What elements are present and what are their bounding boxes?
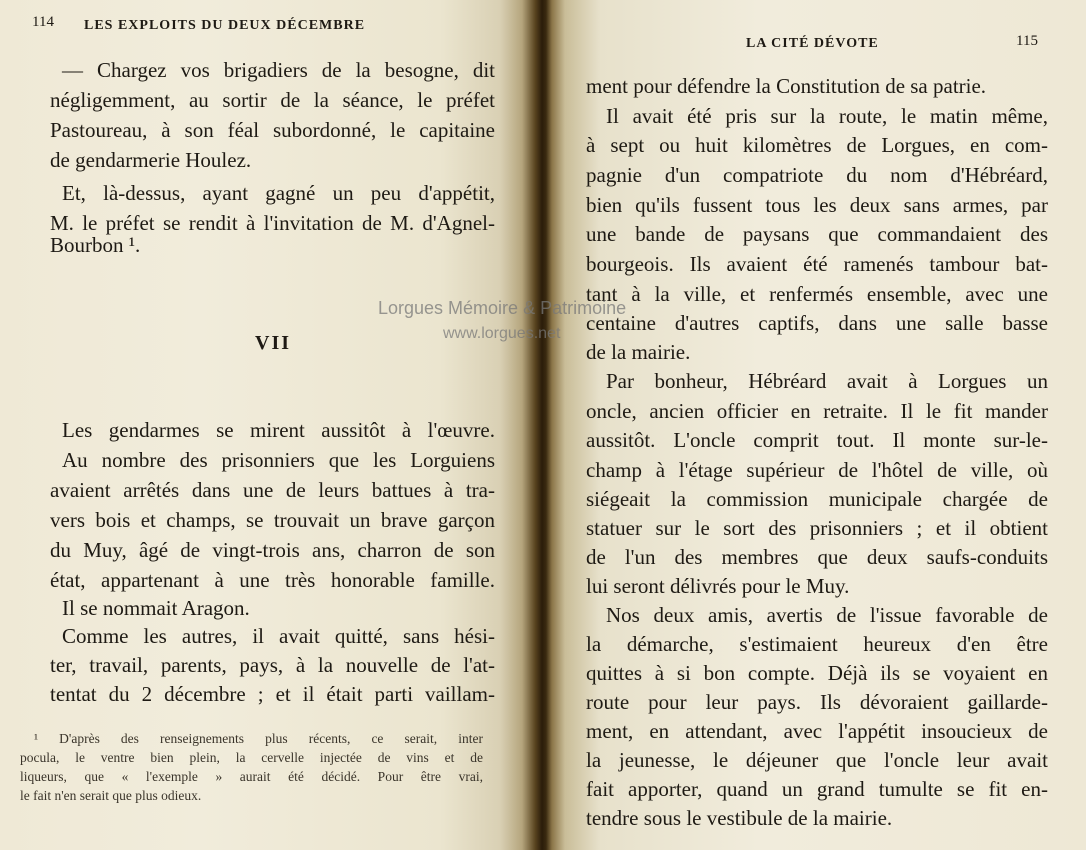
book-spread: 114 LES EXPLOITS DU DEUX DÉCEMBRE — Char… — [0, 0, 1086, 850]
text-line: tendre sous le vestibule de la mairie. — [586, 808, 1048, 829]
text-line: avaient arrêtés dans une de leurs battue… — [50, 480, 495, 501]
running-head-right: LA CITÉ DÉVOTE — [746, 36, 879, 52]
footnote-line: liqueurs, que « l'exemple » aurait été d… — [20, 769, 483, 785]
text-line: lui seront délivrés pour le Muy. — [586, 576, 1048, 597]
text-line: ment pour défendre la Constitution de sa… — [586, 76, 1048, 97]
text-line: vers bois et champs, se trouvait un brav… — [50, 510, 495, 531]
text-line: Il avait été pris sur la route, le matin… — [606, 106, 1048, 127]
text-line: Il se nommait Aragon. — [62, 598, 495, 619]
text-line: bourgeois. Ils avaient été ramenés tambo… — [586, 254, 1048, 275]
text-line: tant à la ville, et renfermés ensemble, … — [586, 284, 1048, 305]
text-line: quittes à si bon compte. Déjà ils se voy… — [586, 663, 1048, 684]
text-line: tentat du 2 décembre ; et il était parti… — [50, 684, 495, 705]
watermark-url: www.lorgues.net — [443, 325, 560, 343]
text-line: M. le préfet se rendit à l'invitation de… — [50, 213, 495, 234]
text-line: oncle, ancien officier en retraite. Il l… — [586, 401, 1048, 422]
text-line: Comme les autres, il avait quitté, sans … — [62, 626, 495, 647]
text-line: de la mairie. — [586, 342, 1048, 363]
text-line: siégeait la commission municipale chargé… — [586, 489, 1048, 510]
text-line: Au nombre des prisonniers que les Lorgui… — [62, 450, 495, 471]
right-page: LA CITÉ DÉVOTE 115 ment pour défendre la… — [546, 0, 1086, 850]
text-line: champ à l'étage supérieur de l'hôtel de … — [586, 460, 1048, 481]
text-line: Bourbon ¹. — [50, 235, 495, 256]
text-line: Pastoureau, à son féal subordonné, le ca… — [50, 120, 495, 141]
text-line: une bande de paysans que commandaient de… — [586, 224, 1048, 245]
text-line: du Muy, âgé de vingt-trois ans, charron … — [50, 540, 495, 561]
page-number-left: 114 — [32, 14, 54, 31]
text-line: de gendarmerie Houlez. — [50, 150, 495, 171]
page-number-right: 115 — [1016, 33, 1038, 50]
text-line: ter, travail, parents, pays, à la nouvel… — [50, 655, 495, 676]
text-line: statuer sur le sort des prisonniers ; et… — [586, 518, 1048, 539]
text-line: la démarche, s'estimaient heureux d'en ê… — [586, 634, 1048, 655]
left-page: 114 LES EXPLOITS DU DEUX DÉCEMBRE — Char… — [0, 0, 540, 850]
text-line: route pour leur pays. Ils dévoraient gai… — [586, 692, 1048, 713]
text-line: de l'un des membres que deux saufs-condu… — [586, 547, 1048, 568]
footnote-line: ¹ D'après des renseignements plus récent… — [34, 731, 483, 747]
text-line: aussitôt. L'oncle comprit tout. Il monte… — [586, 430, 1048, 451]
footnote-line: le fait n'en serait que plus odieux. — [20, 788, 483, 804]
text-line: bien qu'ils fussent tous les deux sans a… — [586, 195, 1048, 216]
footnote-line: pocula, le ventre bien plein, la cervell… — [20, 750, 483, 766]
text-line: Les gendarmes se mirent aussitôt à l'œuv… — [62, 420, 495, 441]
text-line: Nos deux amis, avertis de l'issue favora… — [606, 605, 1048, 626]
chapter-number: VII — [255, 332, 291, 355]
text-line: Et, là-dessus, ayant gagné un peu d'appé… — [62, 183, 495, 204]
watermark-title: Lorgues Mémoire & Patrimoine — [378, 298, 626, 319]
running-head-left: LES EXPLOITS DU DEUX DÉCEMBRE — [84, 18, 365, 34]
text-line: à sept ou huit kilomètres de Lorgues, en… — [586, 135, 1048, 156]
text-line: — Chargez vos brigadiers de la besogne, … — [62, 60, 495, 81]
text-line: Par bonheur, Hébréard avait à Lorgues un — [606, 371, 1048, 392]
text-line: fait apporter, quand un grand tumulte se… — [586, 779, 1048, 800]
text-line: la jeunesse, le déjeuner que l'oncle leu… — [586, 750, 1048, 771]
text-line: négligemment, au sortir de la séance, le… — [50, 90, 495, 111]
text-line: ment, en attendant, avec l'appétit insou… — [586, 721, 1048, 742]
text-line: pagnie d'un compatriote du nom d'Hébréar… — [586, 165, 1048, 186]
text-line: état, appartenant à une très honorable f… — [50, 570, 495, 591]
text-line: centaine d'autres captifs, dans une sall… — [586, 313, 1048, 334]
